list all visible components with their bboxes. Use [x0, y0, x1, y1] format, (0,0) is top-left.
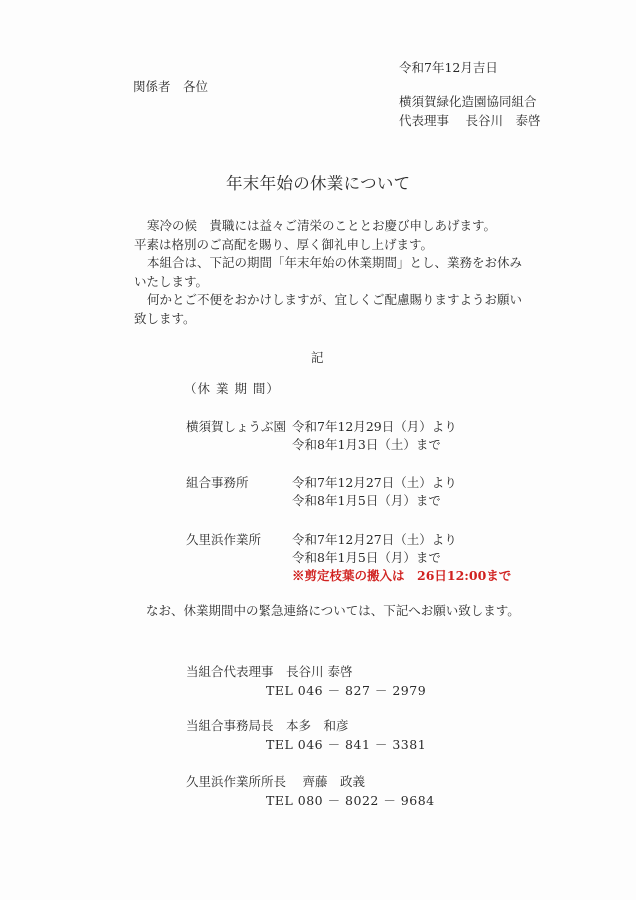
closure-to: 令和8年1月5日（月）まで [292, 550, 441, 565]
closure-location: 久里浜作業所 [186, 532, 261, 547]
contact-title-name: 当組合代表理事 長谷川 泰啓 [186, 664, 352, 679]
document-title: 年末年始の休業について [226, 174, 410, 194]
body-line: 平素は格別のご高配を賜り、厚く御礼申し上げます。 [134, 236, 494, 255]
closure-to: 令和8年1月3日（土）まで [292, 437, 441, 452]
notice-heading: 記 [311, 350, 324, 365]
recipient-line: 関係者 各位 [133, 79, 208, 94]
body-paragraph: 寒冷の候 貴職には益々ご清栄のこととお慶び申しあげます。 平素は格別のご高配を賜… [134, 217, 494, 328]
body-line: いたします。 [134, 273, 494, 292]
document-date: 令和7年12月吉日 [399, 60, 498, 75]
representative-name: 代表理事 長谷川 泰啓 [399, 113, 540, 128]
contact-title-name: 久里浜作業所所長 齊藤 政義 [186, 774, 365, 789]
body-line: 本組合は、下記の期間「年末年始の休業期間」とし、業務をお休み [134, 254, 494, 273]
body-line: 何かとご不便をおかけしますが、宜しくご配慮賜りますようお願い [134, 291, 494, 310]
organization-name: 横須賀緑化造園協同組合 [399, 94, 537, 109]
closure-to: 令和8年1月5日（月）まで [292, 493, 441, 508]
closure-location: 横須賀しょうぶ園 [186, 419, 286, 434]
body-line: 寒冷の候 貴職には益々ご清栄のこととお慶び申しあげます。 [134, 217, 494, 236]
closure-section-label: （休 業 期 間） [184, 381, 280, 396]
pruning-deadline-note: ※剪定枝葉の搬入は 26日12:00まで [292, 568, 511, 583]
closure-location: 組合事務所 [186, 475, 249, 490]
contact-tel: TEL 080 － 8022 － 9684 [266, 793, 435, 808]
emergency-contact-note: なお、休業期間中の緊急連絡については、下記へお願い致します。 [146, 603, 520, 618]
closure-from: 令和7年12月27日（土）より [292, 475, 457, 490]
contact-tel: TEL 046 － 841 － 3381 [266, 737, 426, 752]
closure-from: 令和7年12月27日（土）より [292, 532, 457, 547]
contact-title-name: 当組合事務局長 本多 和彦 [186, 718, 349, 733]
contact-tel: TEL 046 － 827 － 2979 [266, 683, 426, 698]
closure-from: 令和7年12月29日（月）より [292, 419, 457, 434]
body-line: 致します。 [134, 310, 494, 329]
